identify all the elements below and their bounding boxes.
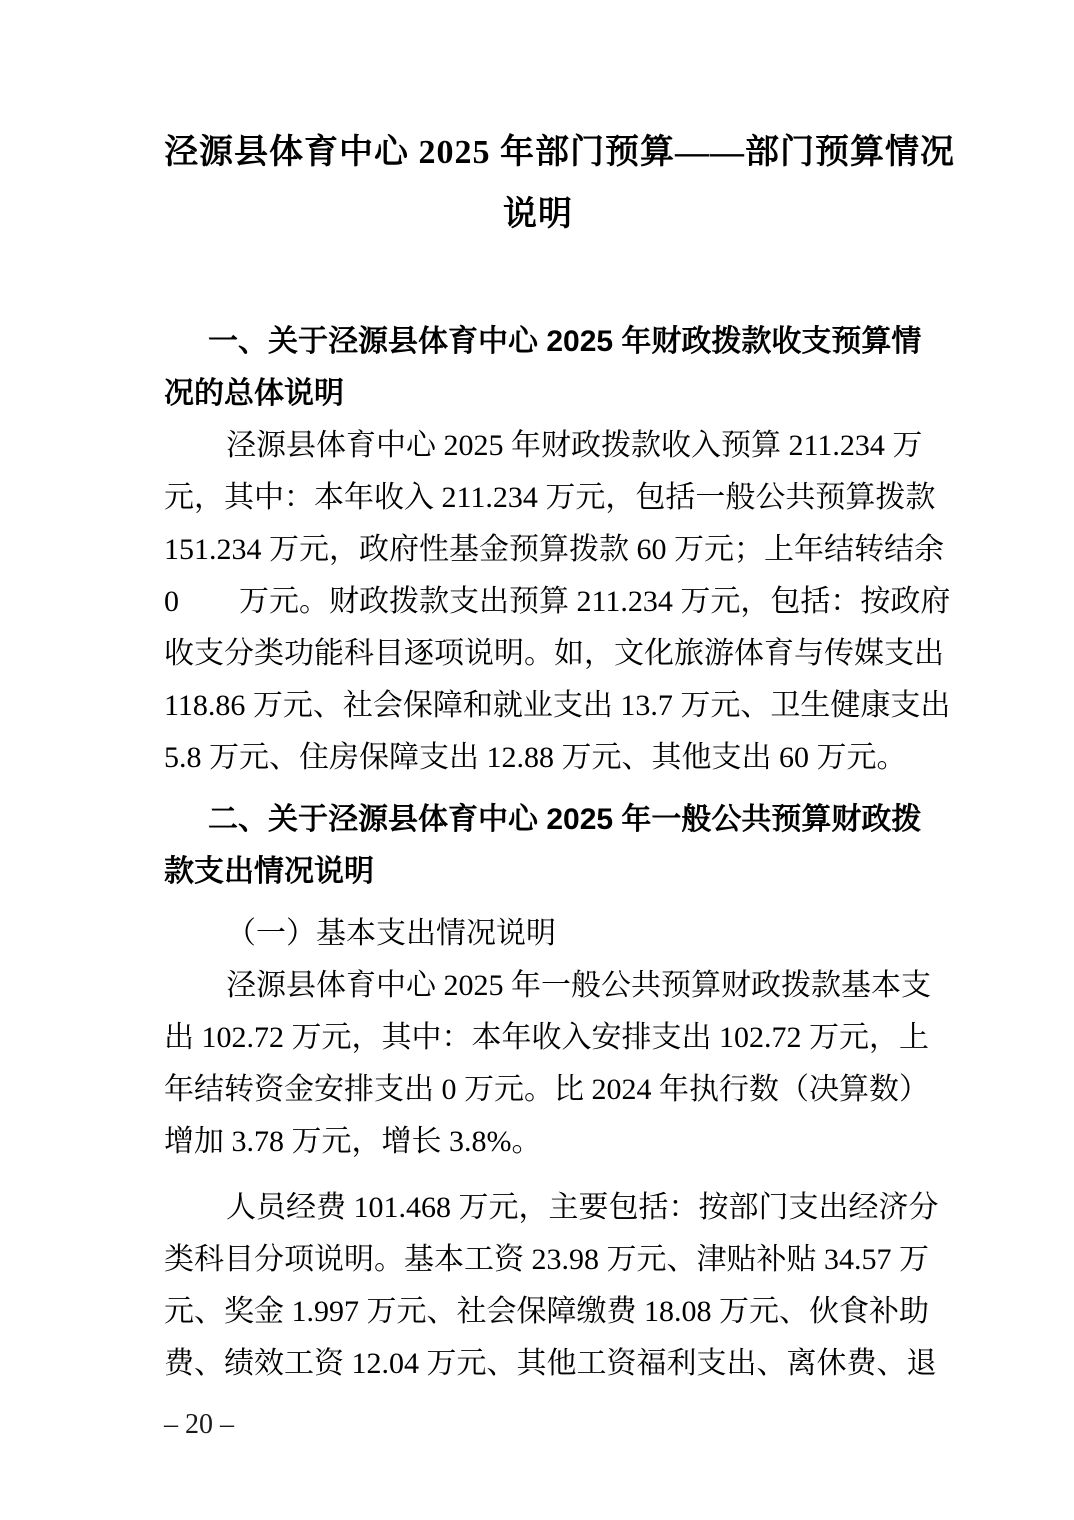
title-line-2: 说明 xyxy=(164,184,912,246)
text-line: 0 万元。财政拨款支出预算 211.234 万元，包括：按政府 xyxy=(164,576,912,628)
text-line: 收支分类功能科目逐项说明。如，文化旅游体育与传媒支出 xyxy=(164,628,912,680)
text-line: 出 102.72 万元，其中：本年收入安排支出 102.72 万元，上 xyxy=(164,1012,912,1064)
text-line: 151.234 万元，政府性基金预算拨款 60 万元；上年结转结余 xyxy=(164,524,912,576)
text-line: 泾源县体育中心 2025 年财政拨款收入预算 211.234 万 xyxy=(164,420,912,472)
text-line: 类科目分项说明。基本工资 23.98 万元、津贴补贴 34.57 万 xyxy=(164,1234,912,1286)
section1-paragraph: 泾源县体育中心 2025 年财政拨款收入预算 211.234 万 元，其中：本年… xyxy=(164,420,912,784)
section2-heading-line-2: 款支出情况说明 xyxy=(164,846,912,898)
text-line: 费、绩效工资 12.04 万元、其他工资福利支出、离休费、退 xyxy=(164,1338,912,1390)
title-line-1: 泾源县体育中心 2025 年部门预算——部门预算情况 xyxy=(164,122,912,184)
page-number: – 20 – xyxy=(164,1410,234,1440)
document-content: 泾源县体育中心 2025 年部门预算——部门预算情况 说明 一、关于泾源县体育中… xyxy=(164,0,912,1390)
text-line: 118.86 万元、社会保障和就业支出 13.7 万元、卫生健康支出 xyxy=(164,680,912,732)
section2-paragraph-1: 泾源县体育中心 2025 年一般公共预算财政拨款基本支 出 102.72 万元，… xyxy=(164,960,912,1168)
section2-heading-line-1: 二、关于泾源县体育中心 2025 年一般公共预算财政拨 xyxy=(164,794,912,846)
text-line: 年结转资金安排支出 0 万元。比 2024 年执行数（决算数） xyxy=(164,1064,912,1116)
text-line: 元，其中：本年收入 211.234 万元，包括一般公共预算拨款 xyxy=(164,472,912,524)
section2-heading: 二、关于泾源县体育中心 2025 年一般公共预算财政拨 款支出情况说明 xyxy=(164,794,912,898)
text-line: 泾源县体育中心 2025 年一般公共预算财政拨款基本支 xyxy=(164,960,912,1012)
document-page: 泾源县体育中心 2025 年部门预算——部门预算情况 说明 一、关于泾源县体育中… xyxy=(0,0,1074,1520)
section2-subheading: （一）基本支出情况说明 xyxy=(164,908,912,960)
section1-heading-line-2: 况的总体说明 xyxy=(164,368,912,420)
text-line: 增加 3.78 万元，增长 3.8%。 xyxy=(164,1116,912,1168)
section1-heading-line-1: 一、关于泾源县体育中心 2025 年财政拨款收支预算情 xyxy=(164,316,912,368)
section2-paragraph-2: 人员经费 101.468 万元，主要包括：按部门支出经济分 类科目分项说明。基本… xyxy=(164,1182,912,1390)
section1-heading: 一、关于泾源县体育中心 2025 年财政拨款收支预算情 况的总体说明 xyxy=(164,316,912,420)
text-line: 元、奖金 1.997 万元、社会保障缴费 18.08 万元、伙食补助 xyxy=(164,1286,912,1338)
document-title: 泾源县体育中心 2025 年部门预算——部门预算情况 说明 xyxy=(164,122,912,246)
text-line: 5.8 万元、住房保障支出 12.88 万元、其他支出 60 万元。 xyxy=(164,732,912,784)
text-line: 人员经费 101.468 万元，主要包括：按部门支出经济分 xyxy=(164,1182,912,1234)
